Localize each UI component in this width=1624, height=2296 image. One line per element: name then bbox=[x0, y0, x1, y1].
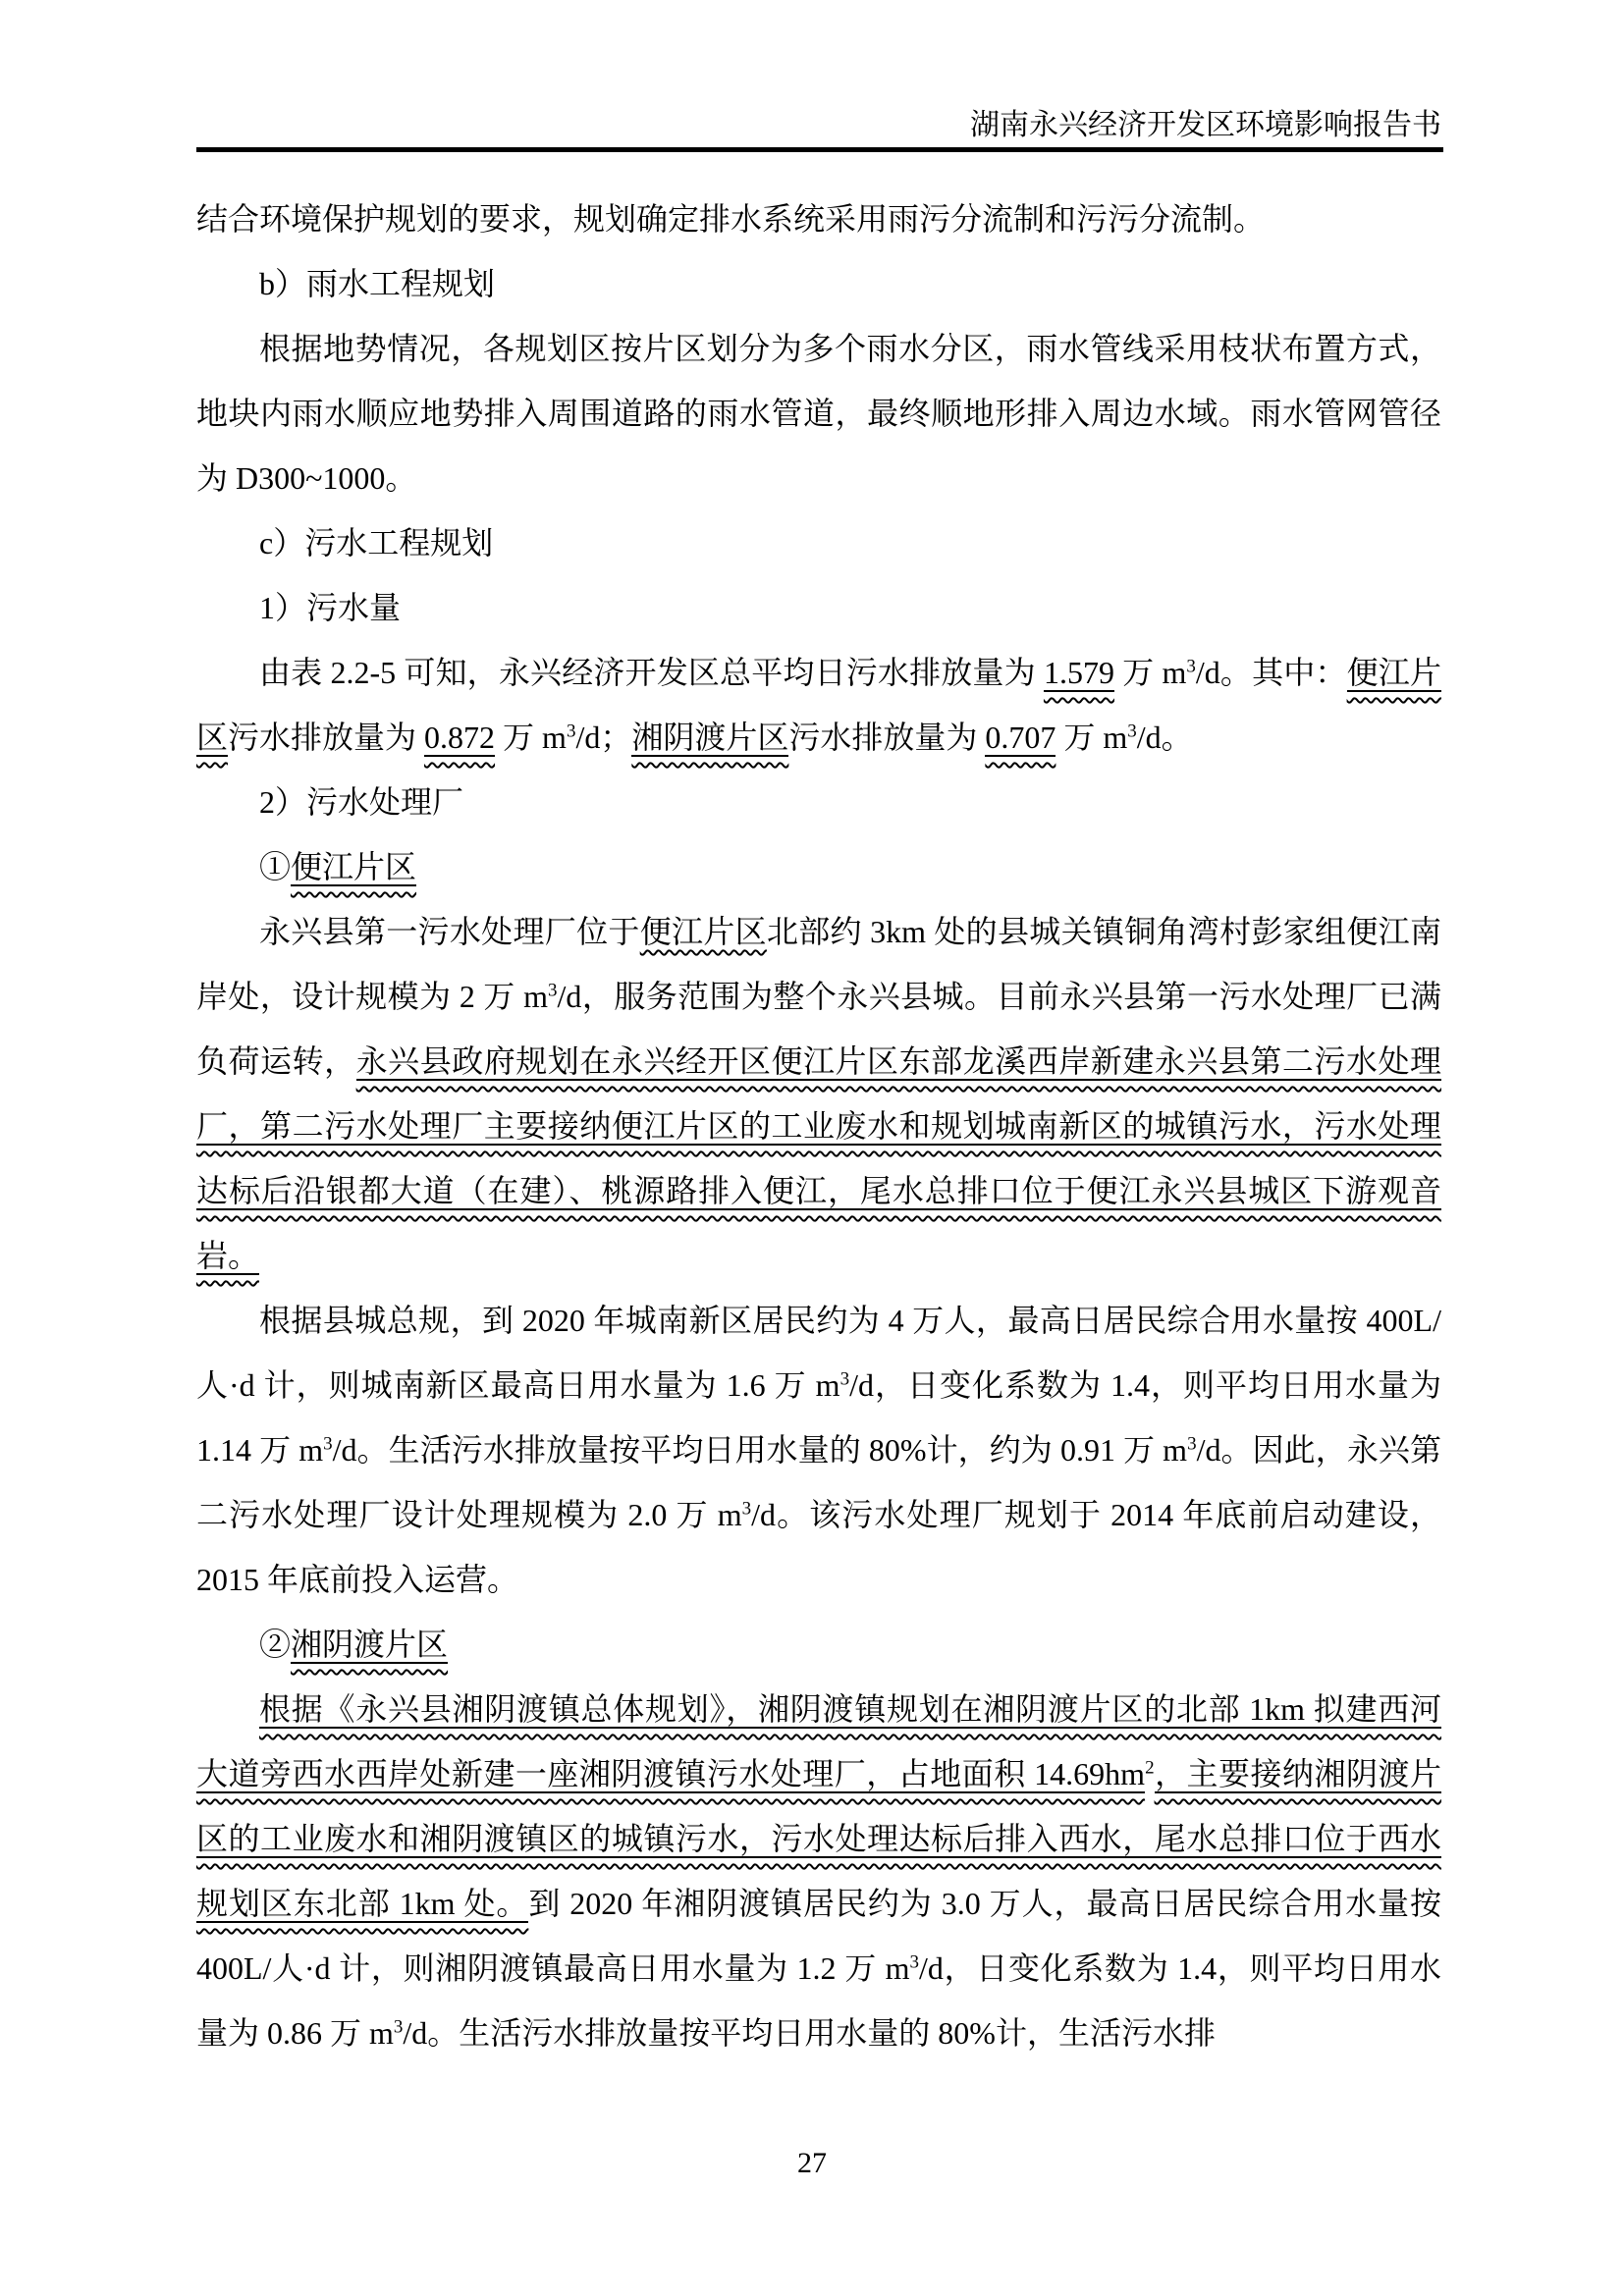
heading-xiangyindu-area: ②湘阴渡片区 bbox=[196, 1612, 1441, 1677]
text-run: 1）污水量 bbox=[259, 590, 401, 625]
text-run: c）污水工程规划 bbox=[259, 525, 493, 561]
heading-b-rainwater-plan: b）雨水工程规划 bbox=[196, 251, 1441, 316]
paragraph-rainwater-plan: 根据地势情况，各规划区按片区划分为多个雨水分区，雨水管线采用枝状布置方式，地块内… bbox=[196, 316, 1441, 510]
text-run: 2）污水处理厂 bbox=[259, 784, 463, 820]
text-run: 万 m bbox=[495, 720, 567, 755]
paragraph-bianjiang-wwtp: 永兴县第一污水处理厂位于便江片区北部约 3km 处的县城关镇铜角湾村彭家组便江南… bbox=[196, 899, 1441, 1288]
text-run: 由表 2.2-5 可知，永兴经济开发区总平均日污水排放量为 bbox=[259, 655, 1044, 690]
superscript: 3 bbox=[1187, 1433, 1197, 1454]
superscript: 3 bbox=[1186, 656, 1196, 676]
superscript: 3 bbox=[910, 1951, 920, 1972]
text-run: ① bbox=[259, 849, 291, 884]
text-run: 污水排放量为 bbox=[788, 720, 985, 755]
text-run: b）雨水工程规划 bbox=[259, 266, 495, 301]
paragraph-xiangyindu-wwtp: 根据《永兴县湘阴渡镇总体规划》，湘阴渡镇规划在湘阴渡片区的北部 1km 拟建西河… bbox=[196, 1677, 1441, 2065]
text-run: 污水排放量为 bbox=[228, 720, 424, 755]
superscript: 2 bbox=[1145, 1757, 1155, 1778]
heading-2-wwtp: 2）污水处理厂 bbox=[196, 770, 1441, 834]
header-title: 湖南永兴经济开发区环境影响报告书 bbox=[970, 108, 1441, 143]
heading-bianjiang-area: ①便江片区 bbox=[196, 834, 1441, 899]
text-run: 结合环境保护规划的要求，规划确定排水系统采用雨污分流制和污污分流制。 bbox=[196, 201, 1265, 237]
underlined-text: 永兴县政府规划在永兴经开区便江片区东部龙溪西岸新建永兴县第二污水处理厂，第二污水… bbox=[196, 1043, 1441, 1275]
superscript: 3 bbox=[742, 1498, 752, 1519]
underlined-text: 0.707 bbox=[985, 720, 1056, 757]
text-run: ② bbox=[259, 1627, 291, 1662]
page-number: 27 bbox=[0, 2146, 1624, 2181]
underlined-text: 湘阴渡片区 bbox=[291, 1627, 448, 1664]
superscript: 3 bbox=[548, 980, 558, 1000]
superscript: 3 bbox=[1127, 721, 1137, 741]
text-run: 万 m bbox=[1056, 720, 1127, 755]
text-run: 根据地势情况，各规划区按片区划分为多个雨水分区，雨水管线采用枝状布置方式，地块内… bbox=[196, 331, 1441, 496]
underlined-text: 湘阴渡片区 bbox=[631, 720, 788, 757]
text-run: /d； bbox=[575, 720, 631, 755]
paragraph-drainage-continuation: 结合环境保护规划的要求，规划确定排水系统采用雨污分流制和污污分流制。 bbox=[196, 187, 1441, 251]
underlined-text: 0.872 bbox=[424, 720, 495, 757]
text-run: /d。 bbox=[1137, 720, 1193, 755]
document-body: 结合环境保护规划的要求，规划确定排水系统采用雨污分流制和污污分流制。b）雨水工程… bbox=[196, 187, 1441, 2065]
underlined-text: 便江片区 bbox=[640, 914, 767, 949]
paragraph-chengnan-calculation: 根据县城总规，到 2020 年城南新区居民约为 4 万人，最高日居民综合用水量按… bbox=[196, 1288, 1441, 1612]
superscript: 3 bbox=[323, 1433, 333, 1454]
document-page: 湖南永兴经济开发区环境影响报告书 结合环境保护规划的要求，规划确定排水系统采用雨… bbox=[0, 0, 1624, 2296]
underlined-text: 1.579 bbox=[1044, 655, 1114, 692]
heading-1-sewage-volume: 1）污水量 bbox=[196, 575, 1441, 640]
paragraph-sewage-volume: 由表 2.2-5 可知，永兴经济开发区总平均日污水排放量为 1.579 万 m3… bbox=[196, 640, 1441, 770]
text-run: /d。其中： bbox=[1196, 655, 1347, 690]
text-run: 永兴县第一污水处理厂位于 bbox=[259, 914, 640, 949]
header-rule bbox=[196, 147, 1443, 152]
text-run: 万 m bbox=[1114, 655, 1186, 690]
superscript: 3 bbox=[394, 2016, 404, 2037]
superscript: 3 bbox=[840, 1368, 850, 1389]
underlined-text: 便江片区 bbox=[291, 849, 416, 886]
superscript: 3 bbox=[567, 721, 576, 741]
text-run: /d。生活污水排放量按平均日用水量的 80%计，生活污水排 bbox=[403, 2015, 1216, 2051]
heading-c-sewage-plan: c）污水工程规划 bbox=[196, 510, 1441, 575]
text-run: /d。生活污水排放量按平均日用水量的 80%计，约为 0.91 万 m bbox=[333, 1432, 1187, 1468]
